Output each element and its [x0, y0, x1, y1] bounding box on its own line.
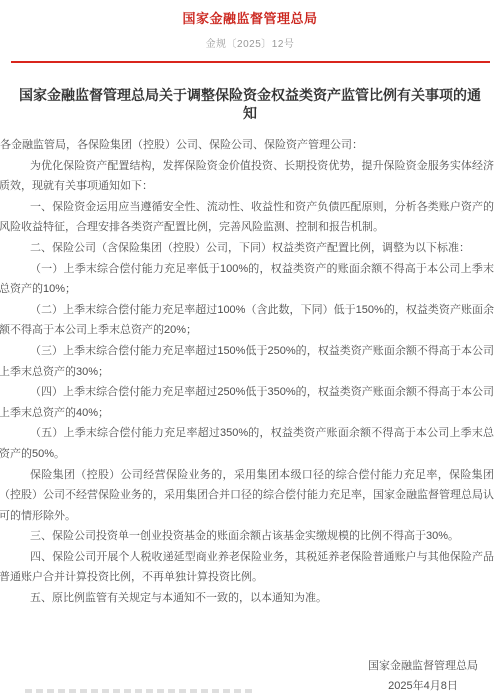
signature-date: 2025年4月8日: [368, 676, 478, 693]
paragraph-item-2-note: 保险集团（控股）公司经营保险业务的，采用集团本级口径的综合偿付能力充足率，保险集…: [0, 465, 494, 527]
notice-body: 各金融监管局，各保险集团（控股）公司、保险公司、保险资产管理公司： 为优化保险资…: [0, 135, 500, 609]
salutation: 各金融监管局，各保险集团（控股）公司、保险公司、保险资产管理公司：: [0, 135, 494, 156]
paragraph-intro: 为优化保险资产配置结构，发挥保险资金价值投资、长期投资优势，提升保险资金服务实体…: [0, 156, 494, 197]
red-divider: [11, 61, 490, 63]
truncated-text-remnant: [25, 689, 253, 693]
paragraph-item-2-sub-4: （四）上季末综合偿付能力充足率超过250%低于350%的，权益类资产账面余额不得…: [0, 382, 494, 423]
agency-masthead: 国家金融监督管理总局: [0, 8, 500, 27]
paragraph-item-2-sub-2: （二）上季末综合偿付能力充足率超过100%（含此数，下同）低于150%的，权益类…: [0, 300, 494, 341]
doc-number: 金规〔2025〕12号: [0, 35, 500, 50]
signature-organization: 国家金融监督管理总局: [368, 656, 478, 677]
paragraph-item-2-sub-5: （五）上季末综合偿付能力充足率超过350%的，权益类资产账面余额不得高于本公司上…: [0, 423, 494, 464]
paragraph-item-4: 四、保险公司开展个人税收递延型商业养老保险业务，其税延养老保险普通账户与其他保险…: [0, 547, 494, 588]
paragraph-item-2: 二、保险公司（含保险集团（控股）公司，下同）权益类资产配置比例，调整为以下标准：: [0, 238, 494, 259]
paragraph-item-5: 五、原比例监管有关规定与本通知不一致的，以本通知为准。: [0, 588, 494, 609]
signature-block: 国家金融监督管理总局 2025年4月8日: [0, 656, 500, 693]
notice-title: 国家金融监督管理总局关于调整保险资金权益类资产监管比例有关事项的通知: [16, 86, 484, 122]
paragraph-item-1: 一、保险资金运用应当遵循安全性、流动性、收益性和资产负债匹配原则，分析各类账户资…: [0, 197, 494, 238]
notice-page: 国家金融监督管理总局 金规〔2025〕12号 国家金融监督管理总局关于调整保险资…: [0, 0, 500, 693]
paragraph-item-3: 三、保险公司投资单一创业投资基金的账面余额占该基金实缴规模的比例不得高于30%。: [0, 526, 494, 547]
paragraph-item-2-sub-3: （三）上季末综合偿付能力充足率超过150%低于250%的，权益类资产账面余额不得…: [0, 341, 494, 382]
paragraph-item-2-sub-1: （一）上季末综合偿付能力充足率低于100%的，权益类资产的账面余额不得高于本公司…: [0, 259, 494, 300]
